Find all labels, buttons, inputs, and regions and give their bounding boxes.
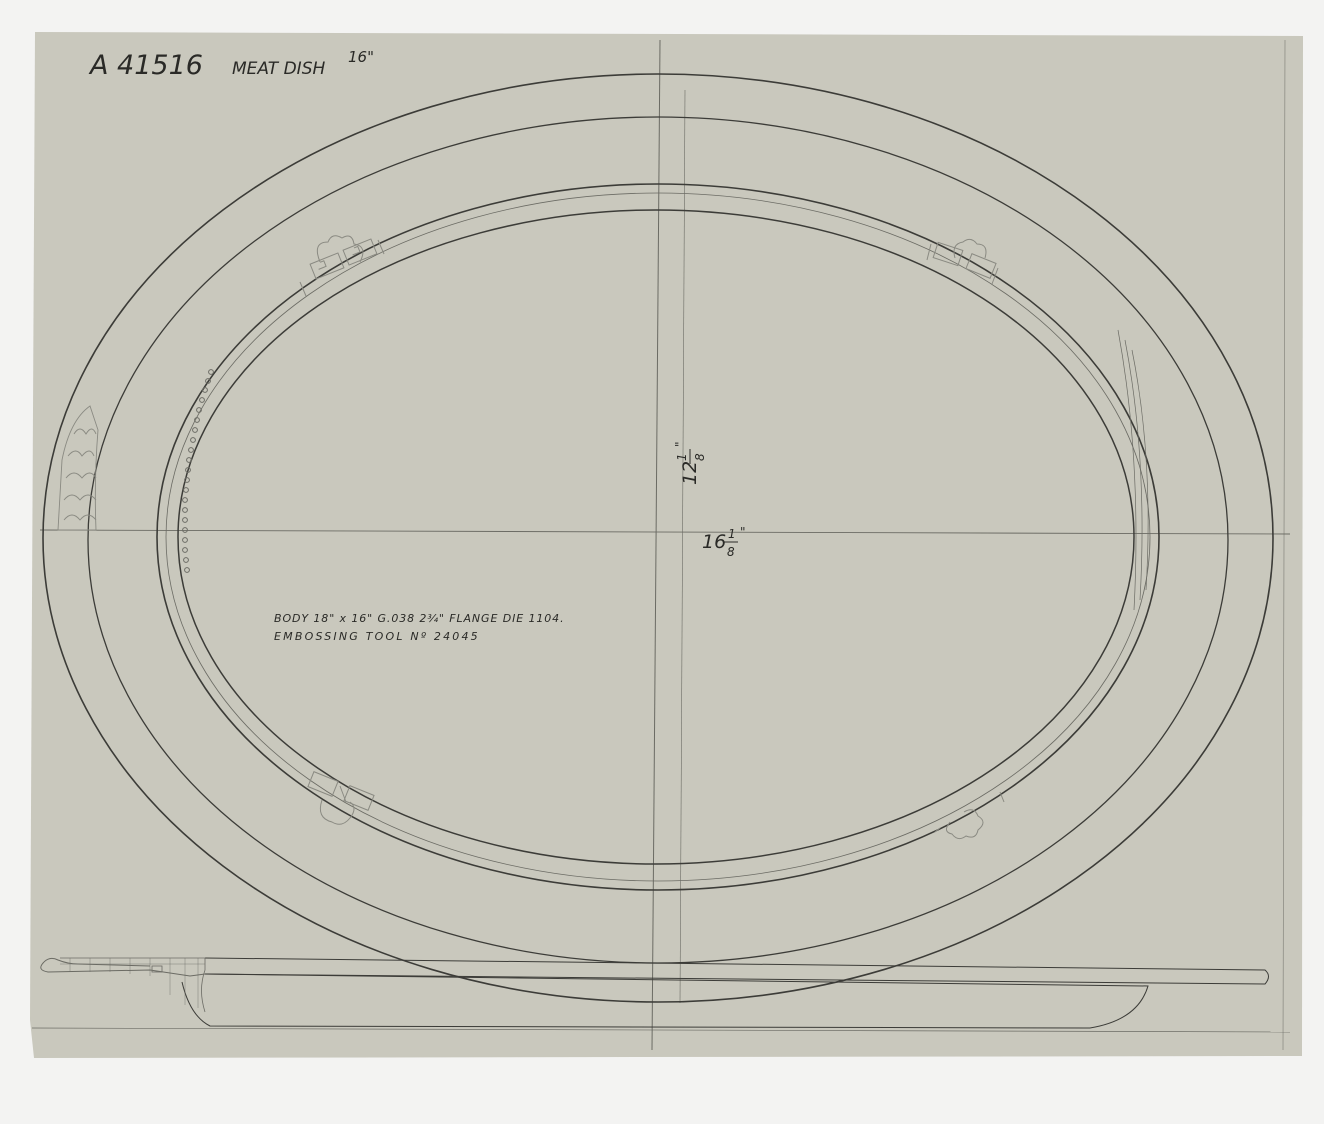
width-dimension-numerator: 1 <box>728 527 736 541</box>
title-size: 16" <box>348 48 374 66</box>
spec-note-body: BODY 18" x 16" G.038 2¾" FLANGE DIE 1104… <box>274 612 564 625</box>
title-part-number: A 41516 <box>88 50 203 81</box>
technical-drawing-sheet: 16 1 8 " 12 1 8 " A 41516 MEAT DISH 16" … <box>0 0 1324 1124</box>
height-dimension-numerator: 1 <box>675 453 689 461</box>
height-dimension-denominator: 8 <box>693 453 707 461</box>
title-item-name: MEAT DISH <box>232 59 325 79</box>
spec-note-embossing-tool: EMBOSSING TOOL Nº 24045 <box>274 630 480 643</box>
height-inch-mark: " <box>673 441 687 447</box>
width-dimension-whole: 16 <box>702 531 726 553</box>
height-dimension-whole: 12 <box>679 461 701 485</box>
width-inch-mark: " <box>740 525 746 539</box>
width-dimension-denominator: 8 <box>727 545 735 559</box>
paper-sheet <box>30 32 1303 1058</box>
